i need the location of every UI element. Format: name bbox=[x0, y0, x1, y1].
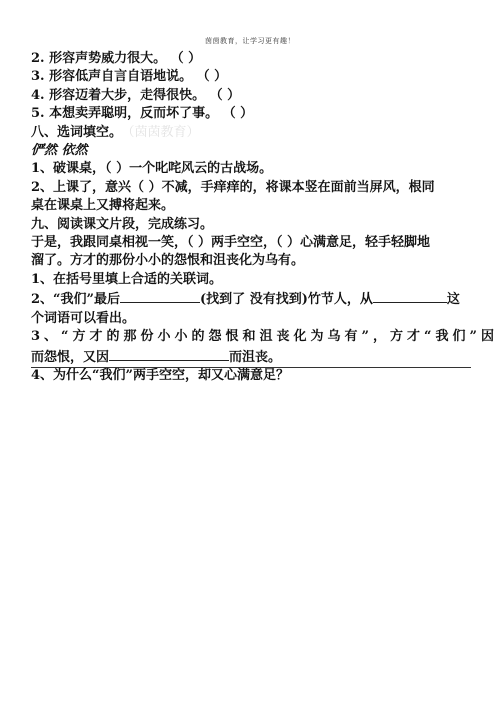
list-item: 5. 本想卖弄聪明，反而坏了事。 （ ） bbox=[31, 105, 471, 123]
answer-blank[interactable]: （ ） bbox=[197, 68, 228, 86]
passage-line-2: 溜了。方才的那份小小的怨恨和沮丧化为乌有。 bbox=[31, 252, 471, 270]
item-text: 形容声势威力很大。 bbox=[49, 51, 166, 66]
question-9-1: 1、在括号里填上合适的关联词。 bbox=[31, 271, 471, 289]
item-number: 3. bbox=[31, 69, 45, 84]
list-item: 3. 形容低声自言自语地说。 （ ） bbox=[31, 68, 471, 86]
answer-blank[interactable]: （ ） bbox=[171, 50, 202, 68]
item-number: 4. bbox=[31, 88, 45, 103]
word-choices: 俨然 依然 bbox=[31, 142, 471, 160]
answer-blank[interactable]: （ ） bbox=[223, 105, 254, 123]
question-9-4: 4、为什么“我们”两手空空，却又心满意足？ bbox=[31, 367, 471, 385]
item-number: 2. bbox=[31, 51, 45, 66]
passage-line-1: 于是，我跟同桌相视一笑，（ ）两手空空，（ ）心满意足，轻手轻脚地 bbox=[31, 234, 471, 252]
fill-blank[interactable] bbox=[373, 289, 447, 303]
section-8-heading: 八、选词填空。（茵茵教育） bbox=[31, 124, 471, 142]
question-text: (找到了 没有找到)竹节人，从 bbox=[200, 292, 373, 307]
question-8-1: 1、破课桌，（ ）一个叱咤风云的古战场。 bbox=[31, 160, 471, 178]
page-header: 茵茵教育，让学习更有趣！ bbox=[0, 36, 500, 46]
item-text: 形容迈着大步，走得很快。 bbox=[49, 88, 205, 103]
question-8-2-line1: 2、上课了，意兴（ ）不减，手痒痒的，将课本竖在面前当屏风，根同 bbox=[31, 179, 471, 197]
fill-blank[interactable] bbox=[109, 347, 229, 361]
answer-line[interactable] bbox=[31, 367, 471, 368]
answer-blank[interactable]: （ ） bbox=[210, 87, 241, 105]
question-text: 而沮丧。 bbox=[229, 350, 281, 365]
worksheet-content: 2. 形容声势威力很大。 （ ） 3. 形容低声自言自语地说。 （ ） 4. 形… bbox=[31, 50, 471, 385]
question-9-3-line2: 而怨恨，又因而沮丧。 bbox=[31, 347, 471, 367]
question-9-2-line2: 个词语可以看出。 bbox=[31, 310, 471, 328]
item-number: 5. bbox=[31, 106, 45, 121]
list-item: 4. 形容迈着大步，走得很快。 （ ） bbox=[31, 87, 471, 105]
question-text: 而怨恨，又因 bbox=[31, 350, 109, 365]
question-8-2-line2: 桌在课桌上又搏将起来。 bbox=[31, 197, 471, 215]
item-text: 形容低声自言自语地说。 bbox=[49, 69, 192, 84]
question-9-2: 2、“我们”最后(找到了 没有找到)竹节人，从这 bbox=[31, 289, 471, 309]
section-title: 八、选词填空。 bbox=[31, 125, 122, 140]
question-text: 这 bbox=[447, 292, 460, 307]
section-9-heading: 九、阅读课文片段，完成练习。 bbox=[31, 216, 471, 234]
question-text: 2、“我们”最后 bbox=[31, 292, 120, 307]
list-item: 2. 形容声势威力很大。 （ ） bbox=[31, 50, 471, 68]
fill-blank[interactable] bbox=[120, 289, 200, 303]
watermark: （茵茵教育） bbox=[128, 125, 200, 140]
item-text: 本想卖弄聪明，反而坏了事。 bbox=[49, 106, 218, 121]
question-9-3-line1: 3、“方才的那份小小的怨恨和沮丧化为乌有”，方才“我们”因 bbox=[31, 328, 471, 346]
